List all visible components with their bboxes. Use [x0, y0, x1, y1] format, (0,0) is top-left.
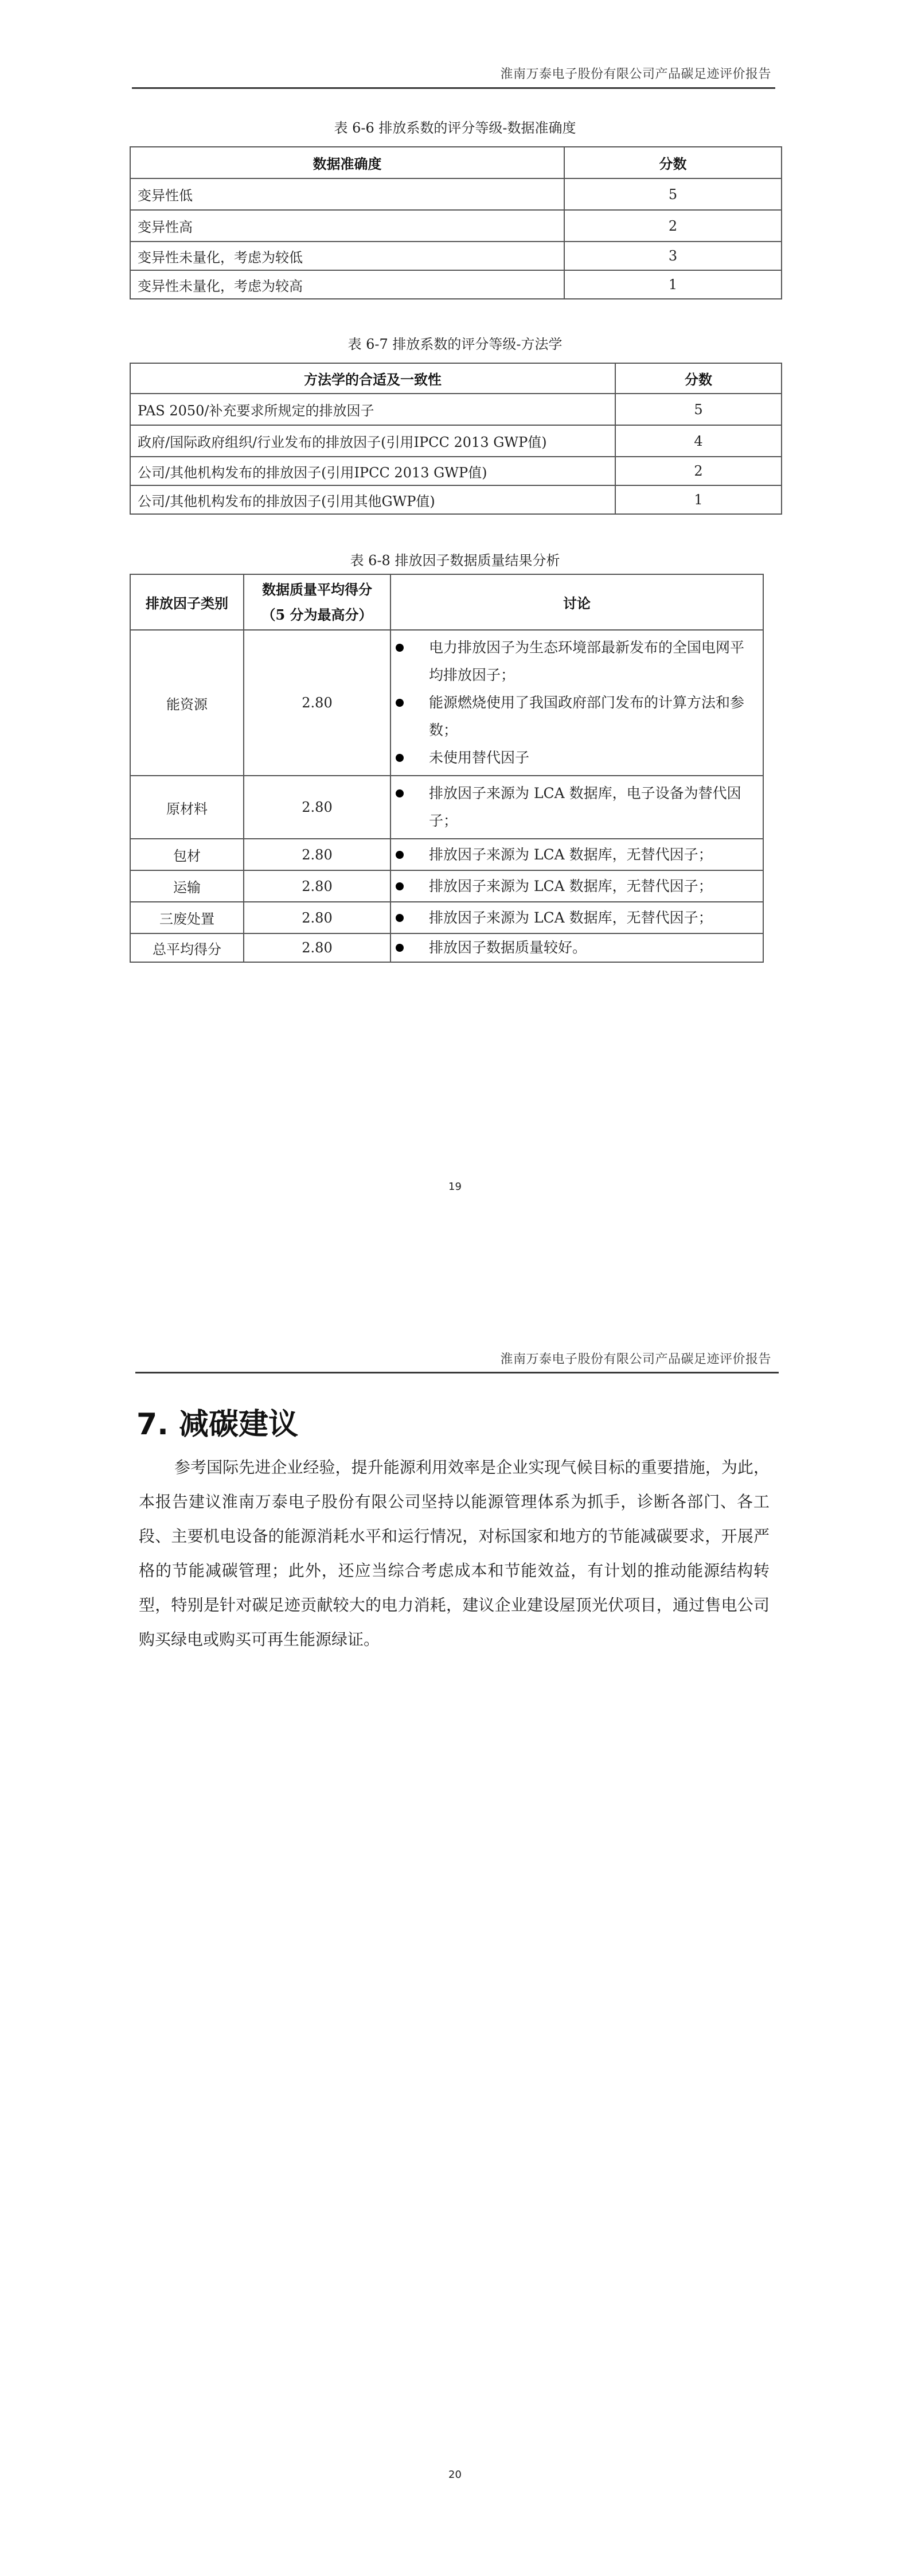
cell-methodology: 公司/其他机构发布的排放因子(引用IPCC 2013 GWP值) [130, 457, 615, 485]
cell-discussion: 排放因子数据质量较好。 [390, 933, 763, 962]
bullet-icon [396, 882, 404, 890]
table-6-7: 方法学的合适及一致性 分数 PAS 2050/补充要求所规定的排放因子 5 政府… [130, 363, 782, 515]
table-header-row: 数据准确度 分数 [130, 147, 782, 178]
list-item-text: 电力排放因子为生态环境部最新发布的全国电网平均排放因子； [429, 639, 744, 683]
cell-score: 2.80 [244, 902, 390, 933]
cell-category: 能资源 [130, 630, 244, 776]
list-item: 电力排放因子为生态环境部最新发布的全国电网平均排放因子； [391, 634, 755, 689]
list-item: 排放因子来源为 LCA 数据库，电子设备为替代因子； [391, 780, 755, 835]
list-item: 排放因子数据质量较好。 [391, 934, 755, 962]
table-row: 变异性低 5 [130, 178, 782, 210]
cell-methodology: 公司/其他机构发布的排放因子(引用其他GWP值) [130, 485, 615, 514]
list-item-text: 排放因子来源为 LCA 数据库，无替代因子； [429, 909, 713, 926]
bullet-icon [396, 644, 404, 652]
discussion-list: 排放因子来源为 LCA 数据库，无替代因子； [391, 873, 755, 900]
table-6-7-caption: 表 6-7 排放系数的评分等级-方法学 [0, 333, 910, 353]
cell-accuracy: 变异性未量化，考虑为较低 [130, 242, 564, 270]
table-row: 能资源 2.80 电力排放因子为生态环境部最新发布的全国电网平均排放因子； 能源… [130, 630, 763, 776]
avg-score-header-line2: （5 分为最高分） [251, 602, 383, 628]
discussion-list: 排放因子来源为 LCA 数据库，电子设备为替代因子； [391, 776, 755, 838]
avg-score-header-line1: 数据质量平均得分 [251, 577, 383, 602]
cell-score: 2.80 [244, 870, 390, 902]
cell-score: 2.80 [244, 839, 390, 870]
running-header: 淮南万泰电子股份有限公司产品碳足迹评价报告 [500, 1349, 771, 1367]
column-header-score: 分数 [615, 363, 782, 394]
table-header-row: 方法学的合适及一致性 分数 [130, 363, 782, 394]
cell-accuracy: 变异性低 [130, 178, 564, 210]
cell-accuracy: 变异性高 [130, 210, 564, 242]
table-6-8-caption: 表 6-8 排放因子数据质量结果分析 [0, 549, 910, 569]
table-6-6-caption: 表 6-6 排放系数的评分等级-数据准确度 [0, 116, 910, 137]
cell-category: 运输 [130, 870, 244, 902]
cell-discussion: 排放因子来源为 LCA 数据库，无替代因子； [390, 870, 763, 902]
header-rule [135, 1372, 779, 1373]
table-row: 变异性未量化，考虑为较低 3 [130, 242, 782, 270]
cell-score: 5 [564, 178, 782, 210]
cell-score: 1 [615, 485, 782, 514]
table-row: 原材料 2.80 排放因子来源为 LCA 数据库，电子设备为替代因子； [130, 776, 763, 839]
cell-score: 5 [615, 394, 782, 425]
discussion-list: 电力排放因子为生态环境部最新发布的全国电网平均排放因子； 能源燃烧使用了我国政府… [391, 631, 755, 775]
bullet-icon [396, 754, 404, 762]
column-header-avg-score: 数据质量平均得分 （5 分为最高分） [244, 574, 390, 630]
table-header-row: 排放因子类别 数据质量平均得分 （5 分为最高分） 讨论 [130, 574, 763, 630]
cell-score: 2.80 [244, 933, 390, 962]
body-paragraph: 参考国际先进企业经验，提升能源利用效率是企业实现气候目标的重要措施，为此，本报告… [139, 1450, 770, 1657]
cell-accuracy: 变异性未量化，考虑为较高 [130, 270, 564, 299]
table-row: 公司/其他机构发布的排放因子(引用其他GWP值) 1 [130, 485, 782, 514]
running-header: 淮南万泰电子股份有限公司产品碳足迹评价报告 [500, 64, 771, 82]
list-item-text: 排放因子来源为 LCA 数据库，电子设备为替代因子； [429, 785, 741, 829]
cell-score: 1 [564, 270, 782, 299]
cell-discussion: 排放因子来源为 LCA 数据库，无替代因子； [390, 902, 763, 933]
discussion-list: 排放因子数据质量较好。 [391, 934, 755, 962]
list-item-text: 未使用替代因子 [429, 749, 529, 766]
list-item-text: 排放因子来源为 LCA 数据库，无替代因子； [429, 878, 713, 894]
bullet-icon [396, 914, 404, 922]
cell-score: 3 [564, 242, 782, 270]
table-row: 政府/国际政府组织/行业发布的排放因子(引用IPCC 2013 GWP值) 4 [130, 425, 782, 457]
page-number: 20 [0, 2469, 910, 2481]
bullet-icon [396, 944, 404, 952]
cell-score: 2 [615, 457, 782, 485]
list-item: 排放因子来源为 LCA 数据库，无替代因子； [391, 841, 755, 869]
cell-category: 包材 [130, 839, 244, 870]
cell-discussion: 电力排放因子为生态环境部最新发布的全国电网平均排放因子； 能源燃烧使用了我国政府… [390, 630, 763, 776]
table-row: 公司/其他机构发布的排放因子(引用IPCC 2013 GWP值) 2 [130, 457, 782, 485]
list-item: 未使用替代因子 [391, 744, 755, 772]
cell-score: 2.80 [244, 630, 390, 776]
table-row: 变异性高 2 [130, 210, 782, 242]
table-row: 变异性未量化，考虑为较高 1 [130, 270, 782, 299]
table-row: 包材 2.80 排放因子来源为 LCA 数据库，无替代因子； [130, 839, 763, 870]
list-item-text: 能源燃烧使用了我国政府部门发布的计算方法和参数； [429, 694, 744, 738]
list-item-text: 排放因子来源为 LCA 数据库，无替代因子； [429, 846, 713, 863]
column-header-accuracy: 数据准确度 [130, 147, 564, 178]
cell-category: 三废处置 [130, 902, 244, 933]
list-item: 排放因子来源为 LCA 数据库，无替代因子； [391, 873, 755, 900]
list-item-text: 排放因子数据质量较好。 [429, 939, 587, 956]
discussion-list: 排放因子来源为 LCA 数据库，无替代因子； [391, 904, 755, 932]
bullet-icon [396, 851, 404, 859]
bullet-icon [396, 699, 404, 707]
table-row: 总平均得分 2.80 排放因子数据质量较好。 [130, 933, 763, 962]
bullet-icon [396, 789, 404, 797]
list-item: 排放因子来源为 LCA 数据库，无替代因子； [391, 904, 755, 932]
page-number: 19 [0, 1181, 910, 1193]
table-row: 三废处置 2.80 排放因子来源为 LCA 数据库，无替代因子； [130, 902, 763, 933]
list-item: 能源燃烧使用了我国政府部门发布的计算方法和参数； [391, 689, 755, 744]
discussion-list: 排放因子来源为 LCA 数据库，无替代因子； [391, 841, 755, 869]
cell-score: 2.80 [244, 776, 390, 839]
table-6-6: 数据准确度 分数 变异性低 5 变异性高 2 变异性未量化，考虑为较低 3 变异… [130, 146, 782, 299]
cell-category: 原材料 [130, 776, 244, 839]
table-row: 运输 2.80 排放因子来源为 LCA 数据库，无替代因子； [130, 870, 763, 902]
cell-score: 2 [564, 210, 782, 242]
table-row: PAS 2050/补充要求所规定的排放因子 5 [130, 394, 782, 425]
section-heading: 7. 减碳建议 [136, 1400, 298, 1443]
column-header-methodology: 方法学的合适及一致性 [130, 363, 615, 394]
cell-discussion: 排放因子来源为 LCA 数据库，无替代因子； [390, 839, 763, 870]
header-rule [132, 87, 775, 89]
cell-methodology: PAS 2050/补充要求所规定的排放因子 [130, 394, 615, 425]
cell-methodology: 政府/国际政府组织/行业发布的排放因子(引用IPCC 2013 GWP值) [130, 425, 615, 457]
table-6-8: 排放因子类别 数据质量平均得分 （5 分为最高分） 讨论 能资源 2.80 电力… [130, 574, 764, 963]
column-header-category: 排放因子类别 [130, 574, 244, 630]
cell-discussion: 排放因子来源为 LCA 数据库，电子设备为替代因子； [390, 776, 763, 839]
cell-score: 4 [615, 425, 782, 457]
cell-category: 总平均得分 [130, 933, 244, 962]
column-header-discussion: 讨论 [390, 574, 763, 630]
column-header-score: 分数 [564, 147, 782, 178]
